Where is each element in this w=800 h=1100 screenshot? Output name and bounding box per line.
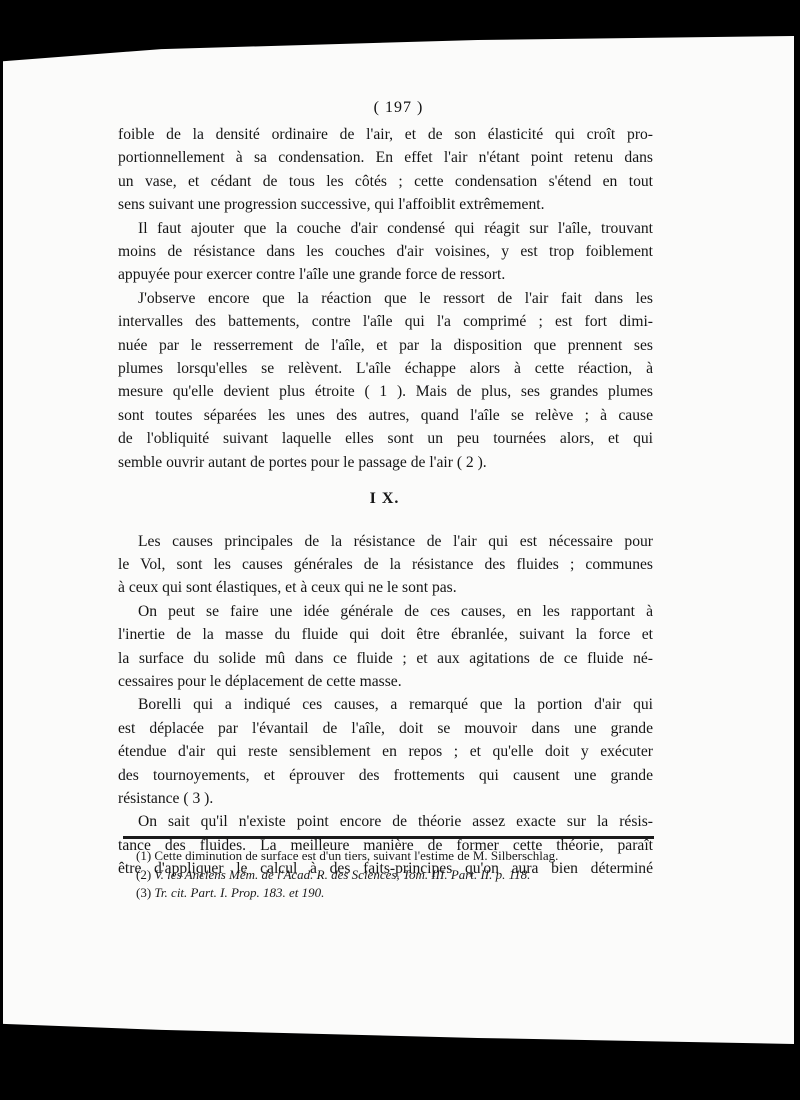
footnote-text: Tr. cit. Part. I. Prop. 183. et 190. xyxy=(154,885,324,900)
text-line: Il faut ajouter que la couche d'air cond… xyxy=(116,217,653,240)
paragraph: J'observe encore que la réaction que le … xyxy=(116,287,653,474)
page-number: ( 197 ) xyxy=(3,99,794,117)
paragraphs-after-section: Les causes principales de la résistance … xyxy=(116,530,653,881)
section-heading: I X. xyxy=(116,487,653,510)
text-line: mesure qu'elle devient plus étroite ( 1 … xyxy=(116,380,653,403)
footnote-3: (3) Tr. cit. Part. I. Prop. 183. et 190. xyxy=(136,884,656,903)
text-line: On peut se faire une idée générale de ce… xyxy=(116,600,653,623)
text-line: nuée par le resserrement de l'aîle, et p… xyxy=(116,334,653,357)
text-line: foible de la densité ordinaire de l'air,… xyxy=(116,123,653,146)
text-line: le Vol, sont les causes générales de la … xyxy=(116,553,653,576)
text-line: sens suivant une progression successive,… xyxy=(116,193,653,216)
footnotes: (1) Cette diminution de surface est d'un… xyxy=(136,847,656,903)
footnote-marker: (1) xyxy=(136,848,154,863)
text-line: à ceux qui sont élastiques, et à ceux qu… xyxy=(116,576,653,599)
text-line: portionnellement à sa condensation. En e… xyxy=(116,146,653,169)
footnote-2: (2) V. les Anciens Mém. de l'Acad. R. de… xyxy=(136,866,656,885)
text-line: appuyée pour exercer contre l'aîle une g… xyxy=(116,263,653,286)
paragraph: On peut se faire une idée générale de ce… xyxy=(116,600,653,694)
footnote-1: (1) Cette diminution de surface est d'un… xyxy=(136,847,656,866)
text-line: plumes lorsqu'elles se relèvent. L'aîle … xyxy=(116,357,653,380)
footnote-marker: (2) xyxy=(136,867,154,882)
paragraphs-before-section: foible de la densité ordinaire de l'air,… xyxy=(116,123,653,474)
footnote-separator-rule xyxy=(123,836,654,839)
text-line: l'inertie de la masse du fluide qui doit… xyxy=(116,623,653,646)
text-line: résistance ( 3 ). xyxy=(116,787,653,810)
text-line: Borelli qui a indiqué ces causes, a rema… xyxy=(116,693,653,716)
text-line: J'observe encore que la réaction que le … xyxy=(116,287,653,310)
footnote-marker: (3) xyxy=(136,885,154,900)
text-line: semble ouvrir autant de portes pour le p… xyxy=(116,451,653,474)
scanned-page: ( 197 ) foible de la densité ordinaire d… xyxy=(3,36,794,1044)
text-line: sont toutes séparées les unes des autres… xyxy=(116,404,653,427)
text-line: un vase, et cédant de tous les côtés ; c… xyxy=(116,170,653,193)
paragraph: Les causes principales de la résistance … xyxy=(116,530,653,600)
paragraph: foible de la densité ordinaire de l'air,… xyxy=(116,123,653,217)
body-text: foible de la densité ordinaire de l'air,… xyxy=(116,123,653,881)
text-line: la surface du solide mû dans ce fluide ;… xyxy=(116,647,653,670)
footnote-text: Cette diminution de surface est d'un tie… xyxy=(154,848,558,863)
text-line: Les causes principales de la résistance … xyxy=(116,530,653,553)
text-line: On sait qu'il n'existe point encore de t… xyxy=(116,810,653,833)
paragraph: Borelli qui a indiqué ces causes, a rema… xyxy=(116,693,653,810)
text-line: étendue d'air qui reste sensiblement en … xyxy=(116,740,653,763)
text-line: moins de résistance dans les couches d'a… xyxy=(116,240,653,263)
text-line: des tournoyements, et éprouver des frott… xyxy=(116,764,653,787)
text-line: de l'obliquité suivant laquelle elles so… xyxy=(116,427,653,450)
text-line: intervalles des battements, contre l'aîl… xyxy=(116,310,653,333)
text-line: est déplacée par l'évantail de l'aîle, d… xyxy=(116,717,653,740)
footnote-text: V. les Anciens Mém. de l'Acad. R. des Sc… xyxy=(154,867,530,882)
text-line: cessaires pour le déplacement de cette m… xyxy=(116,670,653,693)
paragraph: Il faut ajouter que la couche d'air cond… xyxy=(116,217,653,287)
